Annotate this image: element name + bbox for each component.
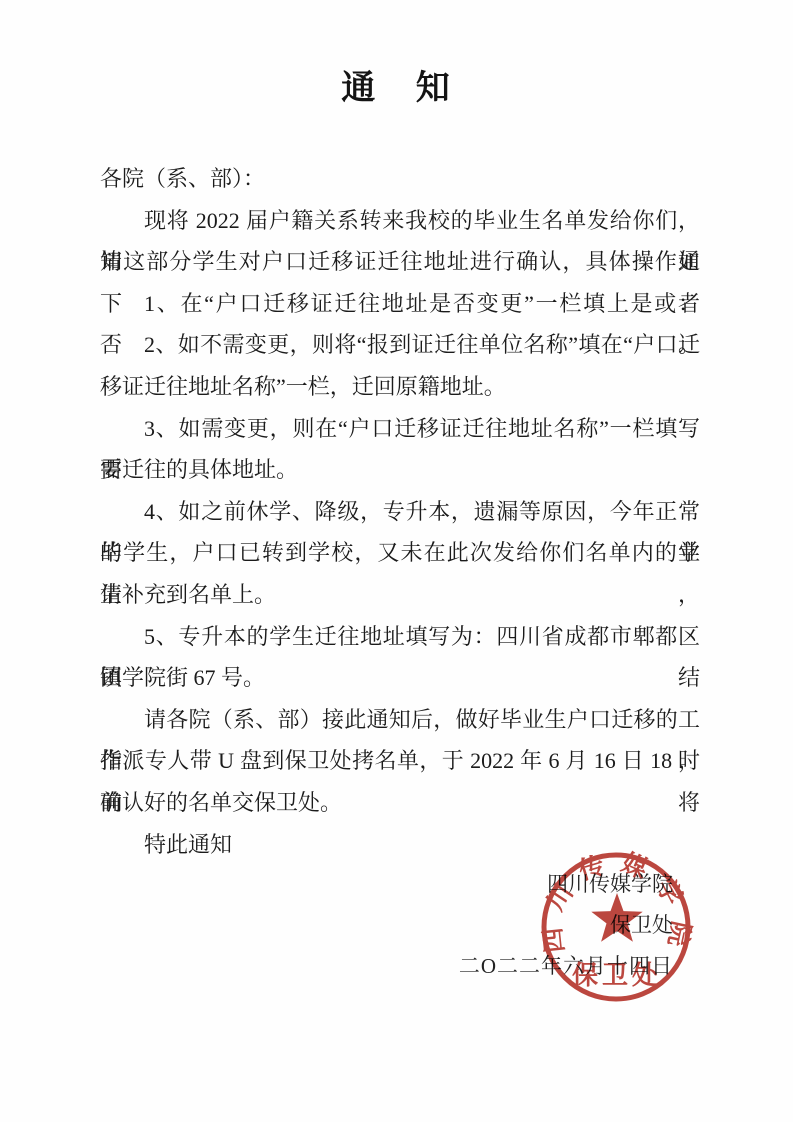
body-line: 4、如之前休学、降级，专升本，遗漏等原因，今年正常毕业 bbox=[100, 491, 700, 533]
official-seal: 四川传媒学院 保卫处 bbox=[521, 832, 711, 1022]
body-line: 2、如不需变更，则将“报到证迁往单位名称”填在“户口迁 bbox=[100, 324, 700, 366]
body-line: 请各院（系、部）接此通知后，做好毕业生户口迁移的工作， bbox=[100, 699, 700, 741]
body-line: 1、在“户口迁移证迁往地址是否变更”一栏填上是或者否。 bbox=[100, 283, 700, 325]
body-line: 5、专升本的学生迁往地址填写为：四川省成都市郫都区团结 bbox=[100, 616, 700, 658]
body-line: 移证迁往地址名称”一栏，迁回原籍地址。 bbox=[100, 366, 700, 408]
page-title: 通 知 bbox=[0, 64, 793, 114]
star-icon bbox=[591, 893, 642, 942]
body-line: 知这部分学生对户口迁移证迁往地址进行确认，具体操作如下： bbox=[100, 241, 700, 283]
seal-group: 四川传媒学院 保卫处 bbox=[538, 847, 695, 999]
body-line: 各院（系、部）： bbox=[100, 158, 700, 200]
seal-bottom-text: 保卫处 bbox=[572, 961, 662, 990]
body-line: 要迁往的具体地址。 bbox=[100, 449, 700, 491]
body-line: 的学生，户口已转到学校，又未在此次发给你们名单内的学生， bbox=[100, 532, 700, 574]
body-line: 3、如需变更，则在“户口迁移证迁往地址名称”一栏填写需 bbox=[100, 408, 700, 450]
body-line: 现将 2022 届户籍关系转来我校的毕业生名单发给你们，请通 bbox=[100, 200, 700, 242]
notice-body: 各院（系、部）： 现将 2022 届户籍关系转来我校的毕业生名单发给你们，请通 … bbox=[100, 158, 700, 865]
body-line: 指派专人带 U 盘到保卫处拷名单，于 2022 年 6 月 16 日 18 时前… bbox=[100, 740, 700, 782]
notice-document-page: 通 知 各院（系、部）： 现将 2022 届户籍关系转来我校的毕业生名单发给你们… bbox=[0, 0, 793, 1122]
